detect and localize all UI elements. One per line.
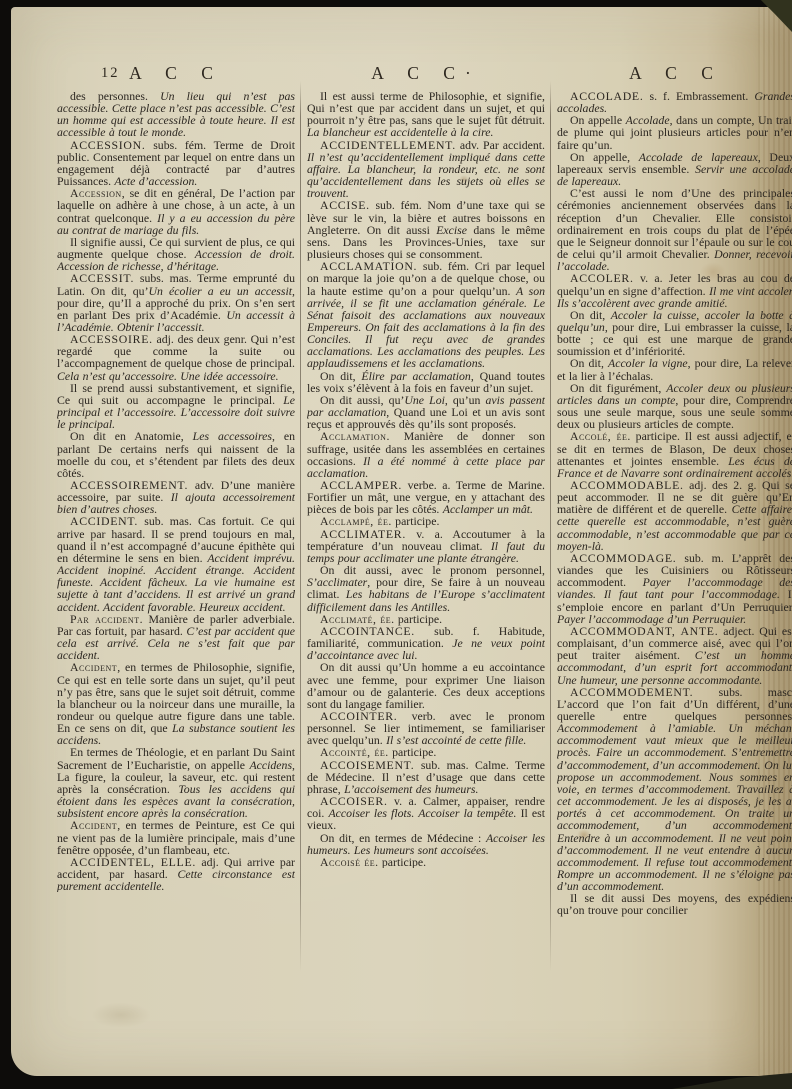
dictionary-paragraph: ACCOINTER. verb. avec le pronom personne… [307, 710, 545, 746]
running-head-text: A C C· [371, 63, 481, 83]
dictionary-paragraph: Il signifie aussi, Ce qui survient de pl… [57, 236, 295, 272]
scanned-dictionary-page: 12 A C C des personnes. Un lieu qui n’es… [0, 0, 792, 1089]
running-head-text: A C C [629, 63, 723, 83]
dictionary-paragraph: C’est aussi le nom d’Une des principales… [557, 187, 792, 272]
dictionary-paragraph: On appelle, Accolade de lapereaux, Deux … [557, 151, 792, 187]
page-content: 12 A C C des personnes. Un lieu qui n’es… [57, 63, 786, 1068]
running-head-2: A C C· [307, 63, 545, 85]
column-2: A C C· Il est aussi terme de Philosophie… [307, 63, 545, 1068]
dictionary-paragraph: Il se dit aussi Des moyens, des expédien… [557, 892, 792, 916]
dictionary-paragraph: Acclamation. Manière de donner son suffr… [307, 430, 545, 479]
dictionary-paragraph: ACCIDENTELLEMENT. adv. Par accident. Il … [307, 139, 545, 200]
running-head-3: A C C [557, 63, 792, 85]
dictionary-paragraph: ACCOLADE. s. f. Embrassement. Grandes ac… [557, 90, 792, 114]
dictionary-paragraph: ACCIDENT. sub. mas. Cas fortuit. Ce qui … [57, 515, 295, 612]
dictionary-paragraph: Il se prend aussi substantivement, et si… [57, 382, 295, 431]
dictionary-paragraph: ACCOISER. v. a. Calmer, appaiser, rendre… [307, 795, 545, 831]
dictionary-paragraph: On dit aussi qu’Un homme a eu accointanc… [307, 661, 545, 710]
dictionary-paragraph: Accolé, ée. participe. Il est aussi adje… [557, 430, 792, 479]
dictionary-paragraph: des personnes. Un lieu qui n’est pas acc… [57, 90, 295, 139]
column-1-text: des personnes. Un lieu qui n’est pas acc… [57, 90, 295, 892]
dictionary-paragraph: ACCOMMODABLE. adj. des 2. g. Qui se peut… [557, 479, 792, 552]
dictionary-paragraph: ACCESSOIRE. adj. des deux genr. Qui n’es… [57, 333, 295, 382]
running-head-text: A C C [129, 63, 223, 83]
dictionary-paragraph: ACCLIMATER. v. a. Accoutumer à la tempér… [307, 528, 545, 564]
dictionary-paragraph: ACCLAMPER. verbe. a. Terme de Marine. Fo… [307, 479, 545, 515]
dictionary-paragraph: On dit aussi, avec le pronom personnel, … [307, 564, 545, 613]
column-1: 12 A C C des personnes. Un lieu qui n’es… [57, 63, 295, 1068]
dictionary-paragraph: Accident, en termes de Philosophie, sign… [57, 661, 295, 746]
dictionary-paragraph: ACCOMMODAGE. sub. m. L’apprêt des viande… [557, 552, 792, 625]
dictionary-paragraph: On dit, en termes de Médecine : Accoiser… [307, 832, 545, 856]
dictionary-paragraph: En termes de Théologie, et en parlant Du… [57, 746, 295, 819]
dictionary-paragraph: ACCISE. sub. fém. Nom d’une taxe qui se … [307, 199, 545, 260]
dictionary-paragraph: On dit aussi, qu’Une Loi, qu’un avis pas… [307, 394, 545, 430]
dictionary-paragraph: On dit, Accoler la vigne, pour dire, La … [557, 357, 792, 381]
dictionary-paragraph: ACCIDENTEL, ELLE. adj. Qui arrive par ac… [57, 856, 295, 892]
dictionary-paragraph: Accident, en termes de Peinture, est Ce … [57, 819, 295, 855]
dictionary-paragraph: On dit, Élire par acclamation, Quand tou… [307, 370, 545, 394]
column-3-text: ACCOLADE. s. f. Embrassement. Grandes ac… [557, 90, 792, 917]
dictionary-paragraph: Accoisé ée. participe. [307, 856, 545, 868]
dictionary-paragraph: Accession, se dit en général, De l’actio… [57, 187, 295, 236]
dictionary-paragraph: ACCOMMODEMENT. subs. masc. L’accord que … [557, 686, 792, 893]
dictionary-paragraph: On dit en Anatomie, Les accessoires, en … [57, 430, 295, 479]
page-number: 12 [101, 65, 120, 82]
dictionary-paragraph: ACCESSOIREMENT. adv. D’une manière acces… [57, 479, 295, 515]
dictionary-paragraph: Il est aussi terme de Philosophie, et si… [307, 90, 545, 139]
column-2-text: Il est aussi terme de Philosophie, et si… [307, 90, 545, 868]
paper-sheet: 12 A C C des personnes. Un lieu qui n’es… [11, 7, 792, 1076]
dictionary-paragraph: Par accident. Manière de parler adverbia… [57, 613, 295, 662]
dictionary-paragraph: ACCOLER. v. a. Jeter les bras au cou de … [557, 272, 792, 308]
dictionary-paragraph: On dit, Accoler la cuisse, accoler la bo… [557, 309, 792, 358]
column-3: A C C ACCOLADE. s. f. Embrassement. Gran… [557, 63, 792, 1068]
dictionary-paragraph: ACCESSION. subs. fém. Terme de Droit pub… [57, 139, 295, 188]
dictionary-paragraph: ACCOINTANCE. sub. f. Habitude, familiari… [307, 625, 545, 661]
dictionary-paragraph: On appelle Accolade, dans un compte, Un … [557, 114, 792, 150]
dictionary-paragraph: On dit figurément, Accoler deux ou plusi… [557, 382, 792, 431]
dictionary-paragraph: ACCOMMODANT, ANTE. adject. Qui est compl… [557, 625, 792, 686]
dictionary-paragraph: ACCLAMATION. sub. fém. Cri par lequel on… [307, 260, 545, 369]
running-head-1: 12 A C C [57, 63, 295, 85]
dictionary-paragraph: ACCESSIT. subs. mas. Terme emprunté du L… [57, 272, 295, 333]
dictionary-paragraph: ACCOISEMENT. sub. mas. Calme. Terme de M… [307, 759, 545, 795]
